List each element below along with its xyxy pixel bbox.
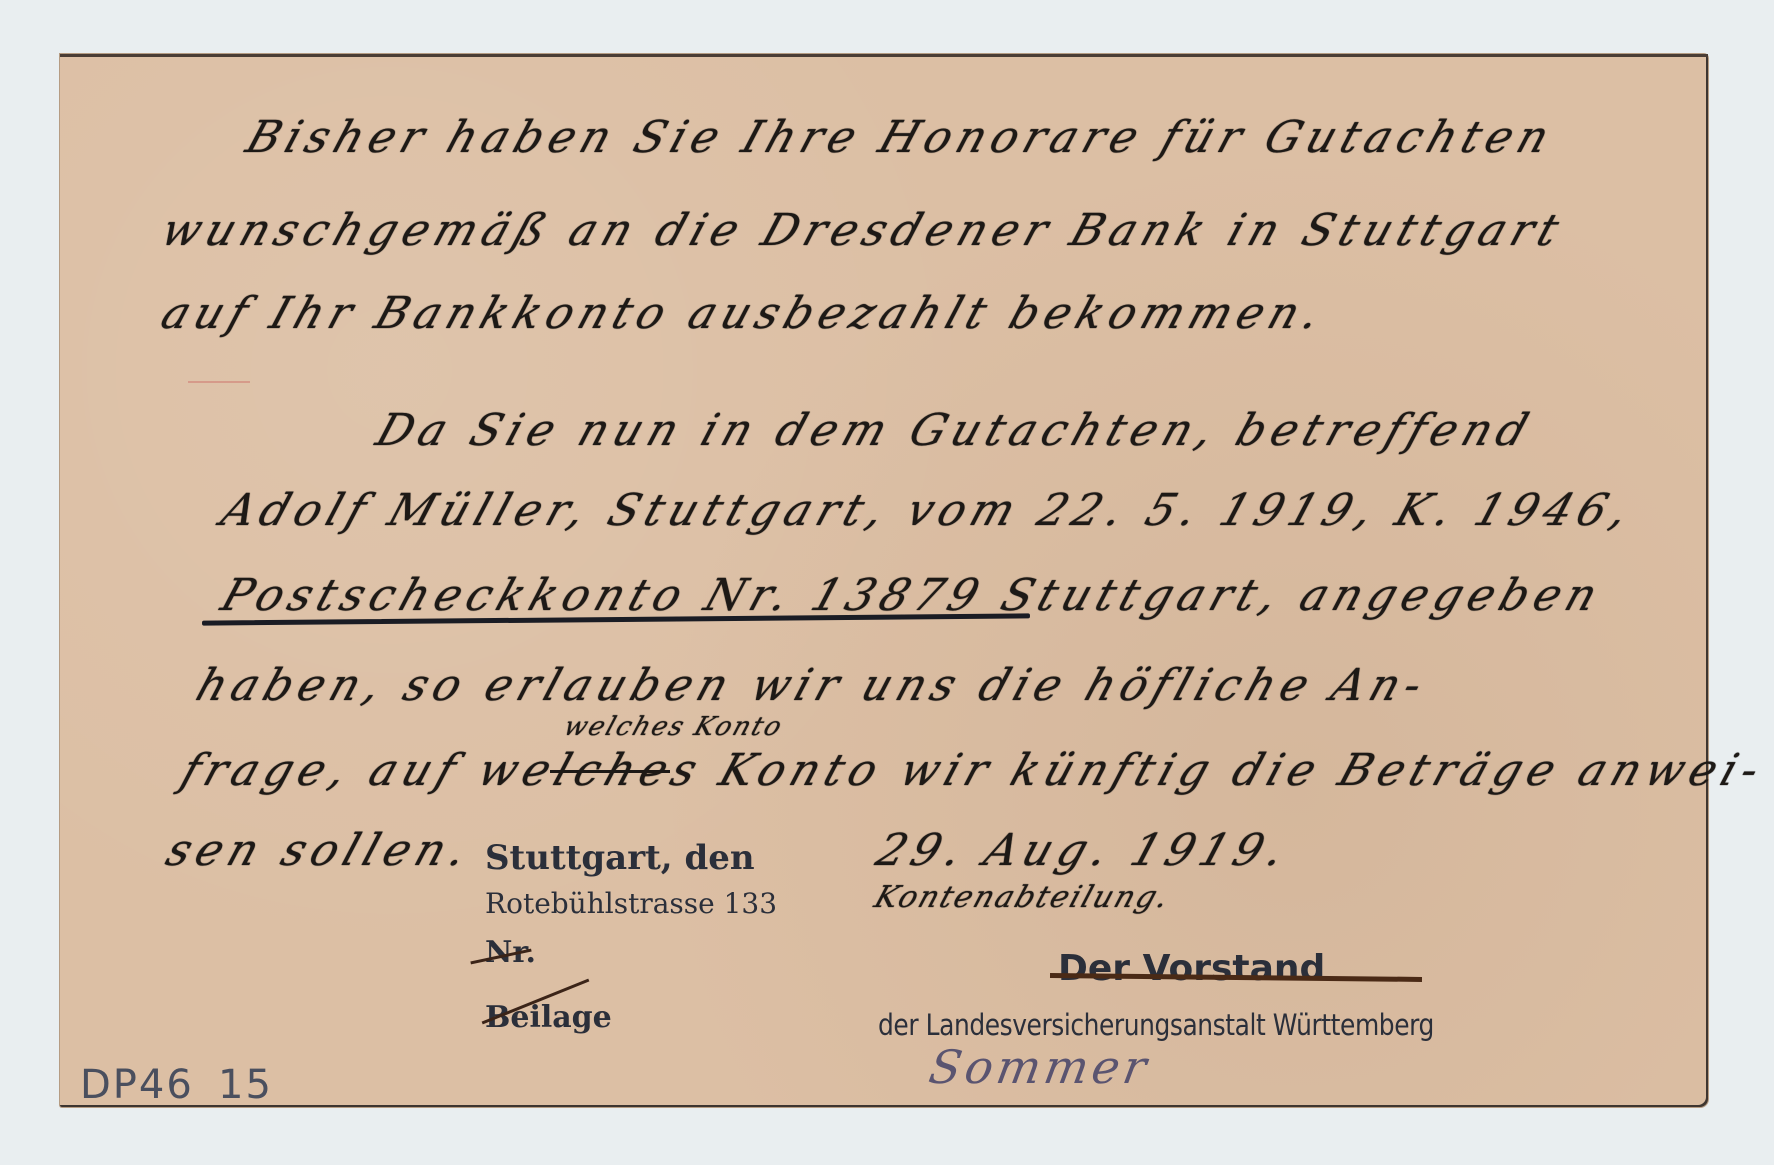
stamp-city: Stuttgart, den <box>485 838 755 878</box>
signature: Sommer <box>925 1040 1154 1094</box>
handwriting-line-5: Adolf Müller, Stuttgart, vom 22. 5. 1919… <box>215 485 1640 536</box>
handwriting-line-7: haben, so erlauben wir uns die höfliche … <box>190 660 1434 711</box>
handwritten-department: Kontenabteilung. <box>870 880 1175 915</box>
stamp-institution: der Landesversicherungsanstalt Württembe… <box>878 1008 1434 1042</box>
handwriting-line-9: sen sollen. <box>160 825 479 876</box>
archive-code: DP46 <box>80 1062 194 1108</box>
stamp-vorstand: Der Vorstand <box>1058 948 1325 989</box>
handwriting-line-6: Postscheckkonto Nr. 13879 Stuttgart, ang… <box>215 570 1609 621</box>
stamp-beilage: Beilage <box>485 1000 612 1035</box>
handwriting-line-8: frage, auf welches Konto wir künftig die… <box>175 745 1771 796</box>
handwriting-line-1: Bisher haben Sie Ihre Honorare für Gutac… <box>240 112 1561 163</box>
handwriting-insertion: welches Konto <box>560 712 787 742</box>
handwriting-line-3: auf Ihr Bankkonto ausbezahlt bekommen. <box>155 288 1332 339</box>
card-top-edge <box>60 54 1708 57</box>
printed-red-rule <box>188 381 250 383</box>
handwriting-line-2: wunschgemäß an die Dresdener Bank in Stu… <box>155 205 1571 256</box>
handwritten-date: 29. Aug. 1919. <box>870 825 1297 876</box>
stamp-address: Rotebühlstrasse 133 <box>485 887 777 920</box>
handwriting-line-4: Da Sie nun in dem Gutachten, betreffend <box>370 405 1540 456</box>
archive-number: 15 <box>218 1062 273 1108</box>
strike-was <box>550 770 670 773</box>
